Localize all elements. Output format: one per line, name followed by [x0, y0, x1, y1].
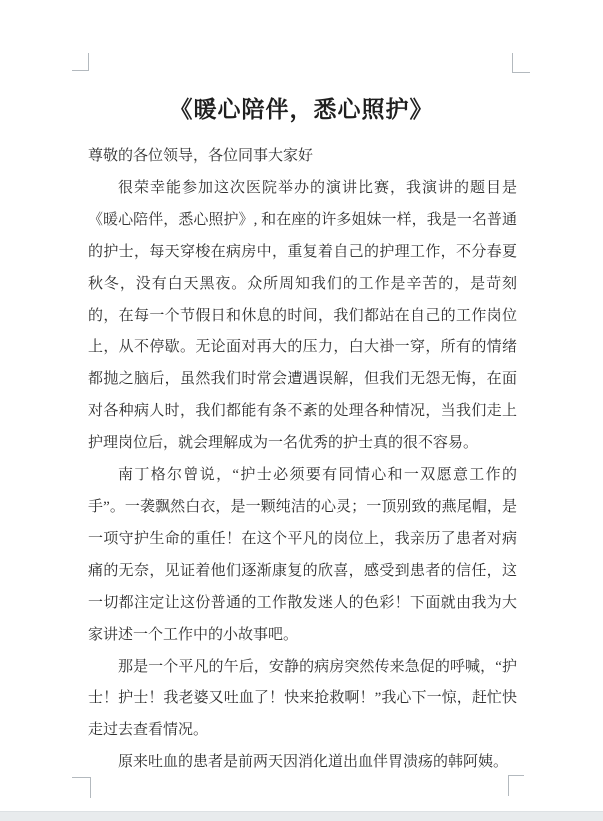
document-page: 《暖心陪伴，悉心照护》 尊敬的各位领导，各位同事大家好很荣幸能参加这次医院举办的…	[0, 0, 603, 821]
margin-crop-mark-top-right	[512, 53, 530, 73]
margin-crop-mark-top-left	[72, 53, 89, 71]
paragraph: 很荣幸能参加这次医院举办的演讲比赛，我演讲的题目是《暖心陪伴，悉心照护》, 和在…	[88, 173, 517, 460]
document-body: 尊敬的各位领导，各位同事大家好很荣幸能参加这次医院举办的演讲比赛，我演讲的题目是…	[88, 141, 517, 779]
document-title: 《暖心陪伴，悉心照护》	[0, 94, 603, 126]
paragraph: 那是一个平凡的午后，安静的病房突然传来急促的呼喊，“护士！护士！我老婆又吐血了！…	[88, 652, 517, 748]
paragraph: 尊敬的各位领导，各位同事大家好	[88, 141, 517, 173]
paragraph: 南丁格尔曾说，“护士必须要有同情心和一双愿意工作的手”。一袭飘然白衣，是一颗纯洁…	[88, 460, 517, 651]
page-edge-strip	[0, 811, 603, 821]
margin-crop-mark-bottom-left	[72, 777, 91, 798]
paragraph: 原来吐血的患者是前两天因消化道出血伴胃溃疡的韩阿姨。	[88, 747, 517, 779]
